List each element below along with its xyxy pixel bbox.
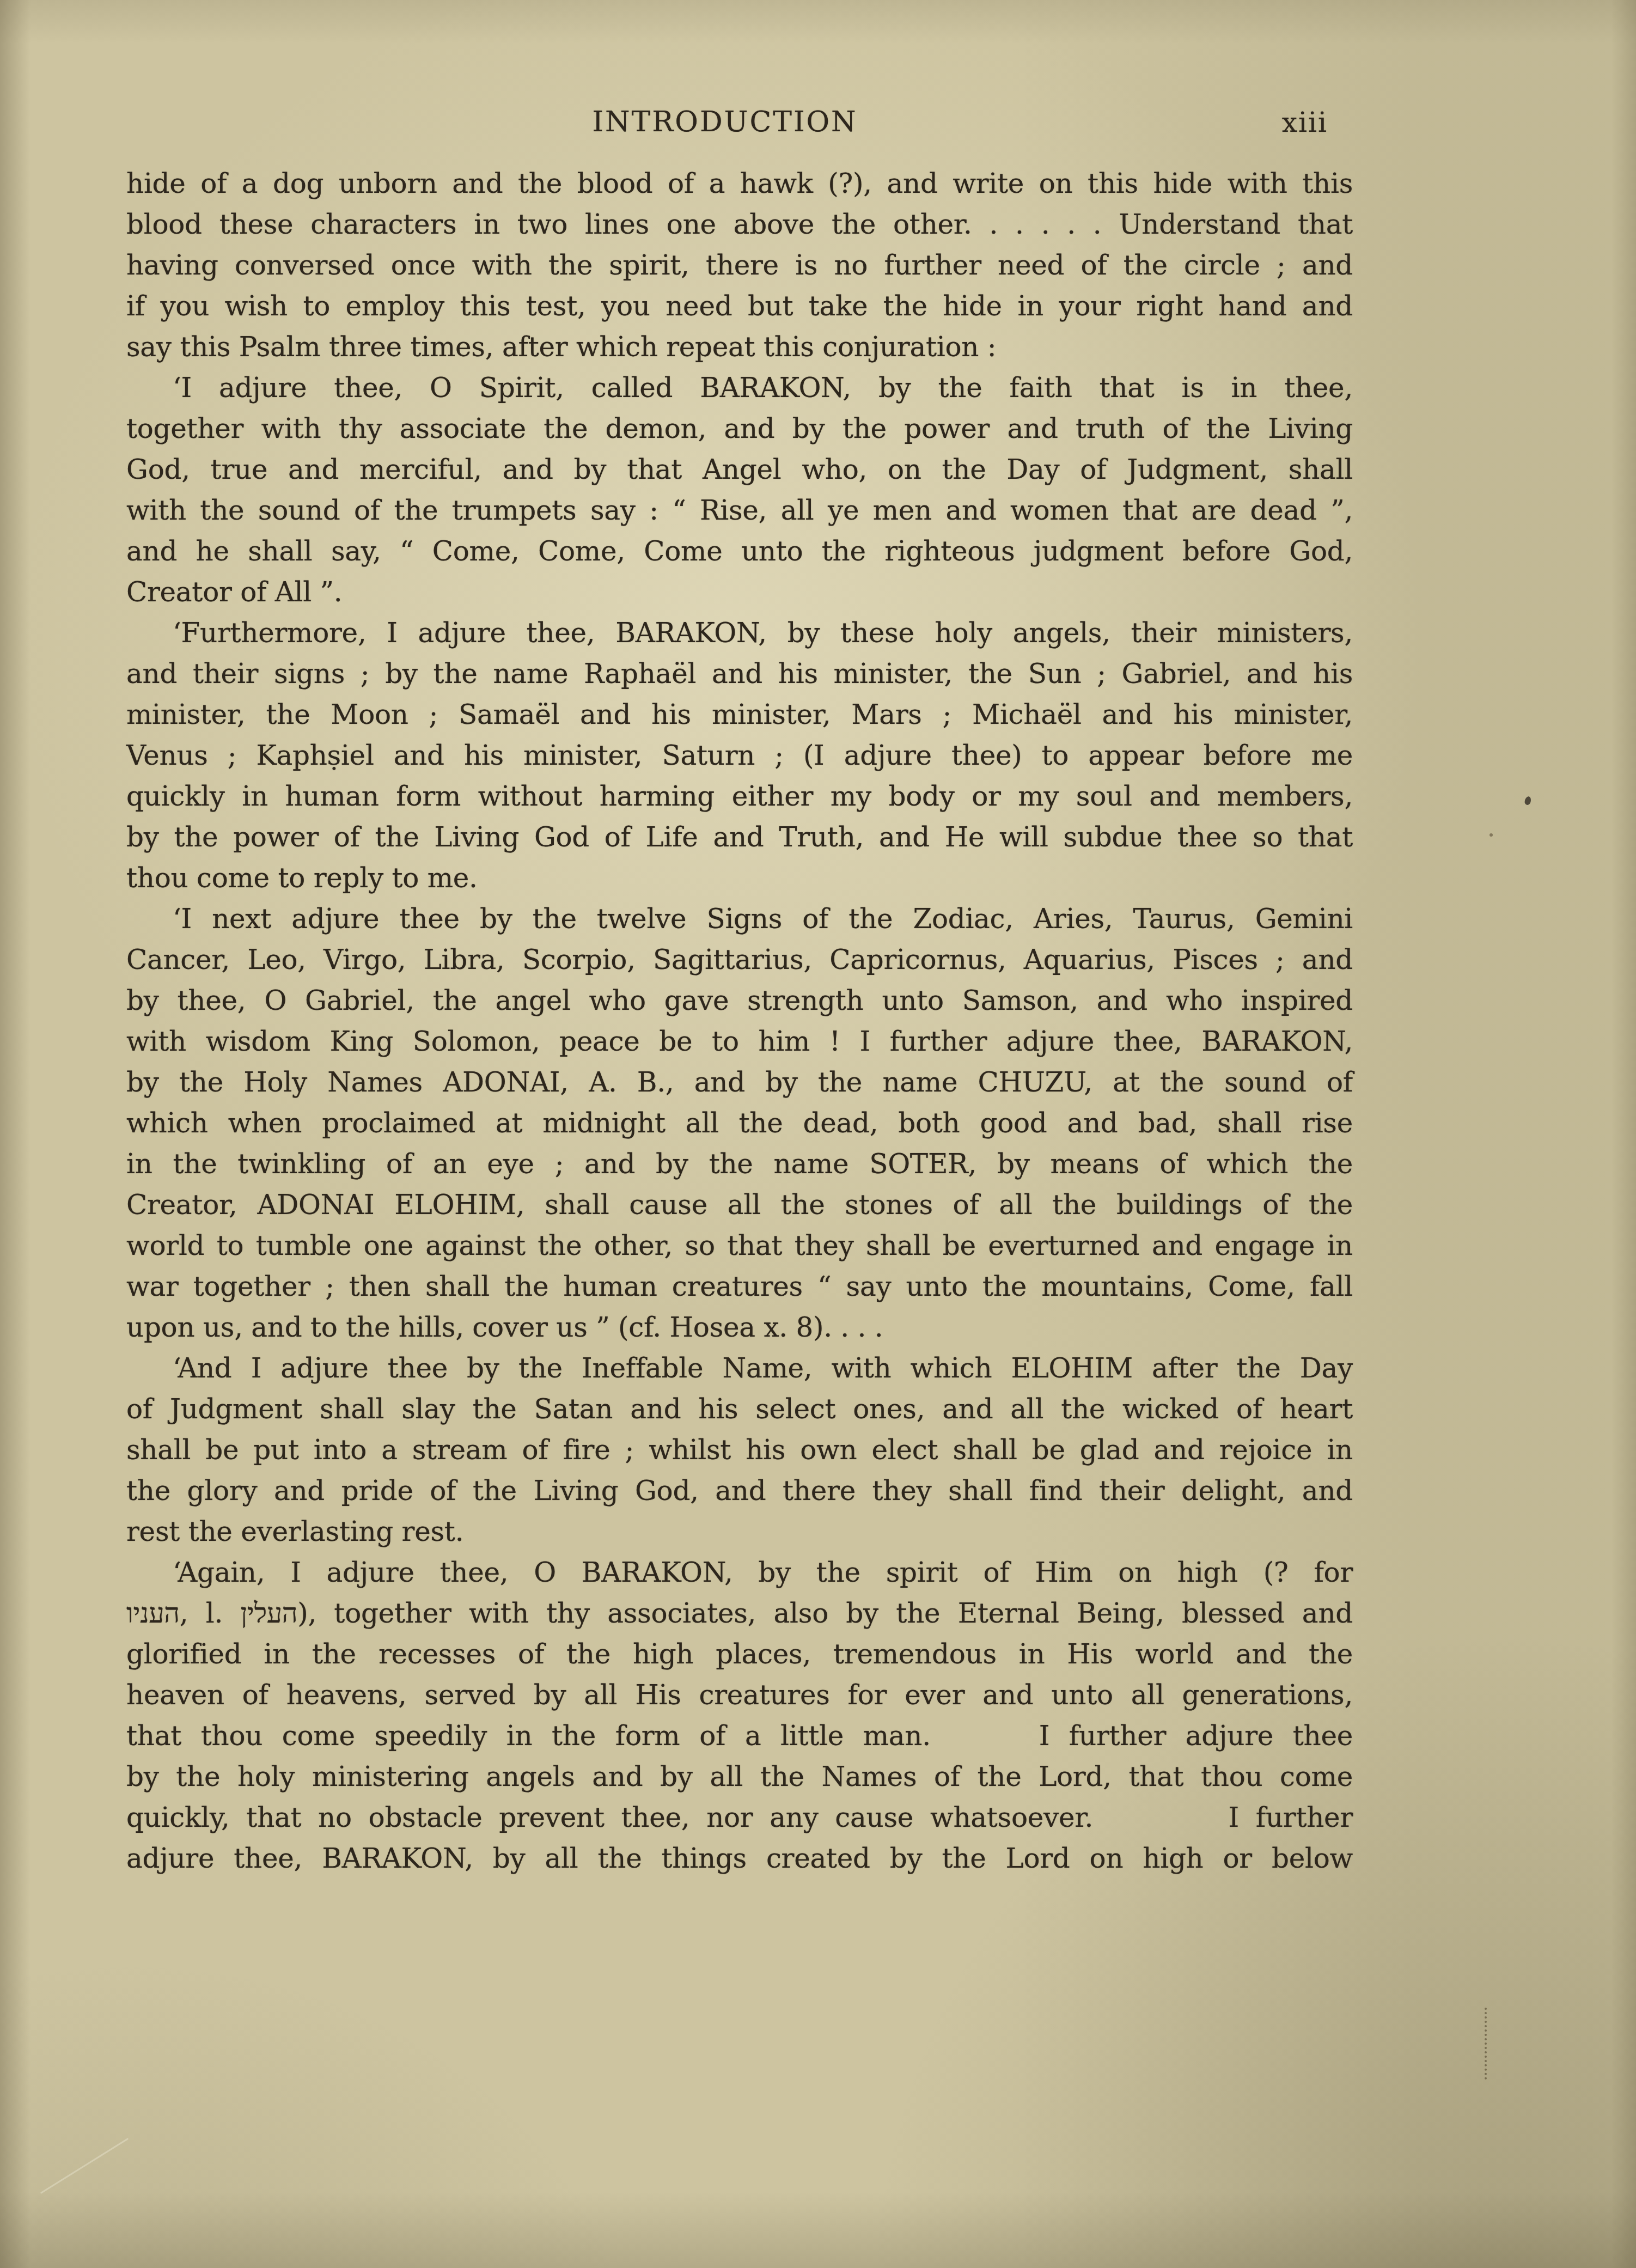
text-line-42: adjure thee, BARAKON, by all the things … [126, 1838, 1353, 1879]
text-line-35: ‘Again, I adjure thee, O BARAKON, by the… [126, 1552, 1353, 1593]
text-line-36: העניו, l. העלין), together with thy asso… [126, 1593, 1353, 1634]
text-line-6: ‘I adjure thee, O Spirit, called BARAKON… [126, 368, 1353, 409]
text-line-38: heaven of heavens, served by all His cre… [126, 1675, 1353, 1716]
text-line-39: that thou come speedily in the form of a… [126, 1716, 1353, 1757]
text-line-27: world to tumble one against the other, s… [126, 1226, 1353, 1266]
page-text: hide of a dog unborn and the blood of a … [126, 163, 1353, 1879]
scan-artifact-dotted-line [1485, 2008, 1487, 2080]
text-line-10: and he shall say, “ Come, Come, Come unt… [126, 531, 1353, 572]
text-line-7: together with thy associate the demon, a… [126, 409, 1353, 449]
ink-speck [1490, 833, 1493, 837]
page-header: INTRODUCTION xiii [126, 106, 1353, 149]
text-line-21: by thee, O Gabriel, the angel who gave s… [126, 980, 1353, 1021]
text-line-31: of Judgment shall slay the Satan and his… [126, 1389, 1353, 1430]
text-line-14: minister, the Moon ; Samaël and his mini… [126, 694, 1353, 735]
text-line-18: thou come to reply to me. [126, 858, 1353, 899]
text-line-41: quickly, that no obstacle prevent thee, … [126, 1797, 1353, 1838]
text-line-32: shall be put into a stream of fire ; whi… [126, 1430, 1353, 1471]
text-line-26: Creator, ADONAI ELOHIM, shall cause all … [126, 1185, 1353, 1226]
page-number: xiii [1282, 107, 1328, 138]
text-line-25: in the twinkling of an eye ; and by the … [126, 1144, 1353, 1185]
text-line-2: blood these characters in two lines one … [126, 204, 1353, 245]
text-line-11: Creator of All ”. [126, 572, 1353, 613]
text-line-9: with the sound of the trumpets say : “ R… [126, 490, 1353, 531]
text-line-13: and their signs ; by the name Raphaël an… [126, 654, 1353, 694]
text-line-3: having conversed once with the spirit, t… [126, 245, 1353, 286]
text-line-34: rest the everlasting rest. [126, 1511, 1353, 1552]
text-line-24: which when proclaimed at midnight all th… [126, 1103, 1353, 1144]
text-line-19: ‘I next adjure thee by the twelve Signs … [126, 899, 1353, 940]
text-line-17: by the power of the Living God of Life a… [126, 817, 1353, 858]
text-line-12: ‘Furthermore, I adjure thee, BARAKON, by… [126, 613, 1353, 654]
text-line-20: Cancer, Leo, Virgo, Libra, Scorpio, Sagi… [126, 940, 1353, 980]
text-line-5: say this Psalm three times, after which … [126, 327, 1353, 368]
text-line-15: Venus ; Kaphṣiel and his minister, Satur… [126, 735, 1353, 776]
text-line-28: war together ; then shall the human crea… [126, 1266, 1353, 1307]
scan-artifact-scratch [40, 2138, 129, 2194]
text-line-4: if you wish to employ this test, you nee… [126, 286, 1353, 327]
text-line-33: the glory and pride of the Living God, a… [126, 1471, 1353, 1511]
text-line-16: quickly in human form without harming ei… [126, 776, 1353, 817]
book-page: INTRODUCTION xiii hide of a dog unborn a… [0, 0, 1636, 2268]
text-line-8: God, true and merciful, and by that Ange… [126, 449, 1353, 490]
text-line-1: hide of a dog unborn and the blood of a … [126, 163, 1353, 204]
text-line-30: ‘And I adjure thee by the Ineffable Name… [126, 1348, 1353, 1389]
text-line-40: by the holy ministering angels and by al… [126, 1757, 1353, 1797]
text-line-37: glorified in the recesses of the high pl… [126, 1634, 1353, 1675]
text-line-22: with wisdom King Solomon, peace be to hi… [126, 1021, 1353, 1062]
ink-speck [1524, 796, 1532, 806]
text-line-23: by the Holy Names ADONAI, A. B., and by … [126, 1062, 1353, 1103]
text-line-29: upon us, and to the hills, cover us ” (c… [126, 1307, 1353, 1348]
running-title: INTRODUCTION [112, 106, 1338, 138]
